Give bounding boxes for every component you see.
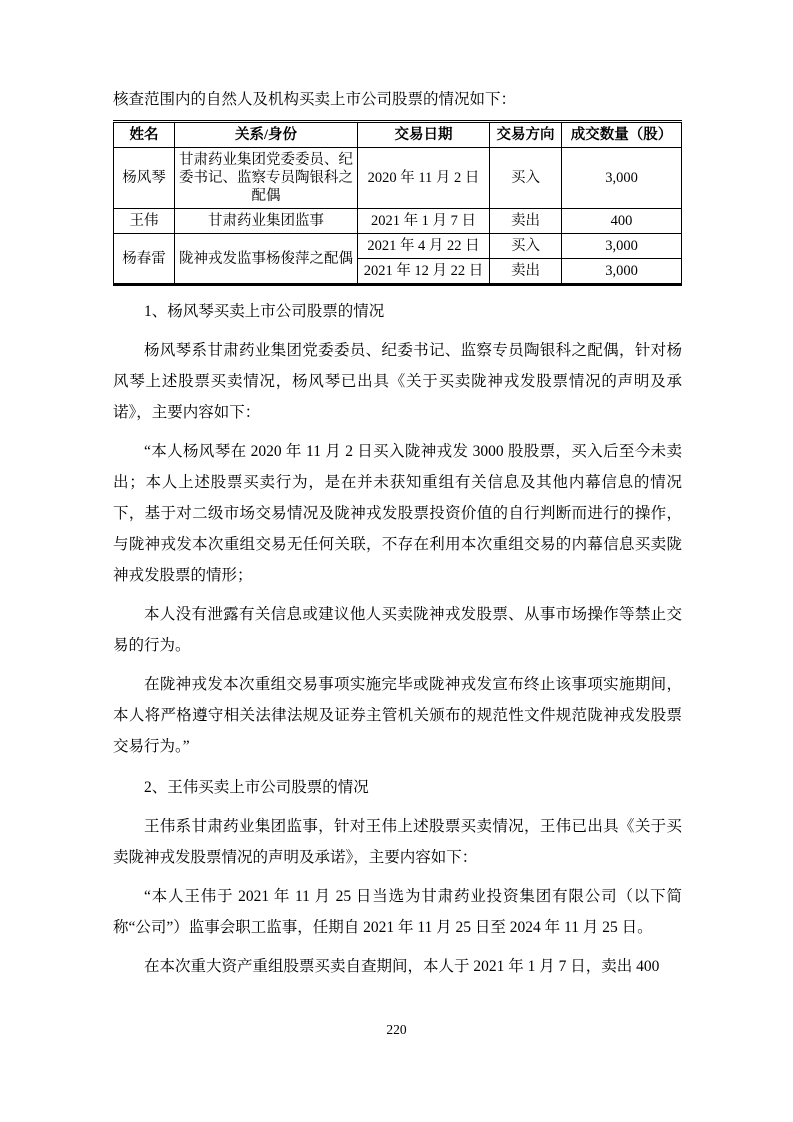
- table-row: 王伟 甘肃药业集团监事 2021 年 1 月 7 日 卖出 400: [114, 209, 682, 234]
- cell-direction: 卖出: [490, 209, 562, 234]
- trades-table: 姓名 关系/身份 交易日期 交易方向 成交数量（股） 杨风琴 甘肃药业集团党委委…: [113, 120, 682, 286]
- page-content: 核查范围内的自然人及机构买卖上市公司股票的情况如下： 姓名 关系/身份 交易日期…: [113, 88, 682, 982]
- cell-direction: 买入: [490, 234, 562, 259]
- section-1-paragraph: “本人杨风琴在 2020 年 11 月 2 日买入陇神戎发 3000 股股票，买…: [113, 436, 682, 591]
- cell-direction: 卖出: [490, 259, 562, 285]
- cell-volume: 3,000: [562, 148, 682, 209]
- intro-text: 核查范围内的自然人及机构买卖上市公司股票的情况如下：: [113, 88, 682, 112]
- cell-date: 2020 年 11 月 2 日: [358, 148, 490, 209]
- cell-direction: 买入: [490, 148, 562, 209]
- cell-name: 杨春雷: [114, 234, 175, 285]
- cell-relation: 甘肃药业集团党委委员、纪委书记、监察专员陶银科之配偶: [175, 148, 358, 209]
- cell-volume: 3,000: [562, 234, 682, 259]
- cell-name: 王伟: [114, 209, 175, 234]
- cell-name: 杨风琴: [114, 148, 175, 209]
- section-1-heading: 1、杨风琴买卖上市公司股票的情况: [113, 296, 682, 327]
- table-header-row: 姓名 关系/身份 交易日期 交易方向 成交数量（股）: [114, 122, 682, 148]
- column-header-name: 姓名: [114, 122, 175, 148]
- section-2-paragraph: “本人王伟于 2021 年 11 月 25 日当选为甘肃药业投资集团有限公司（以…: [113, 881, 682, 943]
- cell-date: 2021 年 12 月 22 日: [358, 259, 490, 285]
- column-header-direction: 交易方向: [490, 122, 562, 148]
- section-1-paragraph: 本人没有泄露有关信息或建议他人买卖陇神戎发股票、从事市场操作等禁止交易的行为。: [113, 599, 682, 661]
- cell-volume: 400: [562, 209, 682, 234]
- section-2-paragraph: 王伟系甘肃药业集团监事，针对王伟上述股票买卖情况，王伟已出具《关于买卖陇神戎发股…: [113, 811, 682, 873]
- column-header-volume: 成交数量（股）: [562, 122, 682, 148]
- cell-relation: 甘肃药业集团监事: [175, 209, 358, 234]
- document-page: 核查范围内的自然人及机构买卖上市公司股票的情况如下： 姓名 关系/身份 交易日期…: [0, 0, 793, 1122]
- table-row: 杨风琴 甘肃药业集团党委委员、纪委书记、监察专员陶银科之配偶 2020 年 11…: [114, 148, 682, 209]
- page-number: 220: [0, 1022, 793, 1038]
- section-1-paragraph: 在陇神戎发本次重组交易事项实施完毕或陇神戎发宣布终止该事项实施期间，本人将严格遵…: [113, 669, 682, 762]
- cell-date: 2021 年 1 月 7 日: [358, 209, 490, 234]
- cell-relation: 陇神戎发监事杨俊萍之配偶: [175, 234, 358, 285]
- section-1-paragraph: 杨风琴系甘肃药业集团党委委员、纪委书记、监察专员陶银科之配偶，针对杨风琴上述股票…: [113, 335, 682, 428]
- section-2-heading: 2、王伟买卖上市公司股票的情况: [113, 772, 682, 803]
- cell-volume: 3,000: [562, 259, 682, 285]
- table-row: 杨春雷 陇神戎发监事杨俊萍之配偶 2021 年 4 月 22 日 买入 3,00…: [114, 234, 682, 259]
- column-header-date: 交易日期: [358, 122, 490, 148]
- column-header-relation: 关系/身份: [175, 122, 358, 148]
- cell-date: 2021 年 4 月 22 日: [358, 234, 490, 259]
- section-2-paragraph: 在本次重大资产重组股票买卖自查期间，本人于 2021 年 1 月 7 日，卖出 …: [113, 951, 682, 982]
